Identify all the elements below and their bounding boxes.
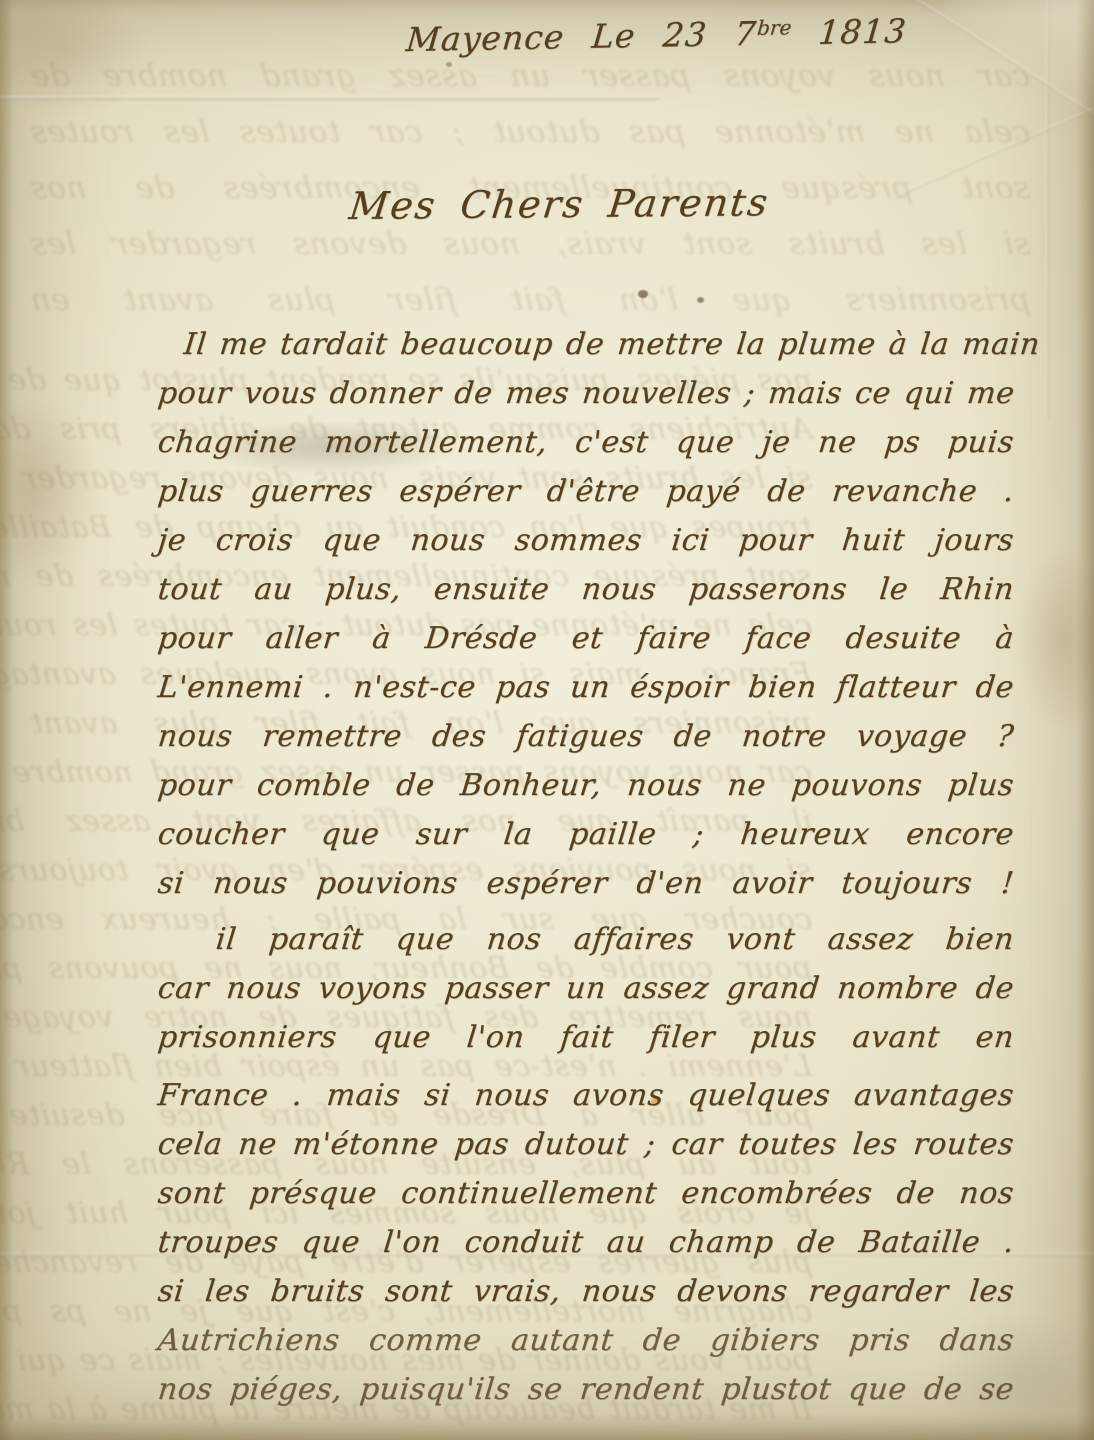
fold-crease-diagonal: [891, 83, 1094, 200]
stain: [0, 390, 100, 590]
handwritten-line: prisonniers que l'on fait filer plus ava…: [155, 1013, 1016, 1062]
handwritten-line: L'ennemi . n'est-ce pas un éspoir bien f…: [155, 663, 1016, 712]
handwritten-line: Autrichiens comme autant de gibiers pris…: [155, 1316, 1016, 1365]
fold-crease-right: [1046, 0, 1049, 420]
page-edge-shadow: [0, 1414, 1094, 1440]
handwritten-line: si nous pouvions espérer d'en avoir touj…: [155, 859, 1016, 908]
handwritten-line: pour comble de Bonheur, nous ne pouvons …: [155, 761, 1016, 810]
page-edge-shadow: [0, 0, 14, 1440]
stain: [1014, 545, 1094, 735]
handwritten-line: pour vous donner de mes nouvelles ; mais…: [155, 369, 1016, 418]
salutation: Mes Chers Parents: [347, 180, 772, 228]
ink-speck: [446, 62, 452, 67]
handwritten-line: nos piéges, puisqu'ils se rendent plusto…: [155, 1365, 1016, 1414]
ink-speck: [638, 290, 648, 298]
handwritten-line: France . mais si nous avons quelques ava…: [155, 1071, 1016, 1120]
page-edge-shadow: [1076, 0, 1094, 1440]
dateline: Mayence Le 23 7bre 1813: [405, 11, 909, 59]
letter-page: car nous voyons passer un assez grand no…: [0, 0, 1094, 1440]
handwritten-line: si les bruits sont vrais, nous devons re…: [155, 1267, 1016, 1316]
handwritten-line: tout au plus, ensuite nous passerons le …: [155, 565, 1016, 614]
handwritten-line: je crois que nous sommes ici pour huit j…: [155, 516, 1016, 565]
handwritten-line: nous remettre des fatigues de notre voya…: [155, 712, 1016, 761]
bleedthrough-line: cela ne m'étonne pas dutout ; car toutes…: [27, 104, 1033, 160]
fold-crease-top: [0, 96, 660, 100]
letter-body: Il me tardait beaucoup de mettre la plum…: [158, 320, 1014, 1414]
handwritten-line: troupes que l'on conduit au champ de Bat…: [155, 1218, 1016, 1267]
handwritten-line: plus guerres espérer d'être payé de reva…: [155, 467, 1016, 516]
handwritten-line: Il me tardait beaucoup de mettre la plum…: [155, 320, 1016, 369]
handwritten-line: cela ne m'étonne pas dutout ; car toutes…: [155, 1120, 1016, 1169]
handwritten-line: sont présque continuellement encombrées …: [155, 1169, 1016, 1218]
handwritten-line: car nous voyons passer un assez grand no…: [155, 964, 1016, 1013]
dateline-month: 7bre: [733, 13, 793, 53]
stain: [0, 0, 150, 120]
ink-speck: [697, 297, 704, 303]
dateline-year: 1813: [817, 11, 909, 52]
handwritten-line: chagrine mortellement, c'est que je ne p…: [155, 418, 1016, 467]
handwritten-line: pour aller à Drésde et faire face desuit…: [155, 614, 1016, 663]
corner-fold: [944, 0, 1094, 110]
dateline-place-day: Mayence Le 23: [405, 15, 709, 59]
handwritten-line: il paraît que nos affaires vont assez bi…: [155, 915, 1016, 964]
handwritten-line: coucher que sur la paille ; heureux enco…: [155, 810, 1016, 859]
dateline-month-suffix: bre: [756, 15, 792, 40]
